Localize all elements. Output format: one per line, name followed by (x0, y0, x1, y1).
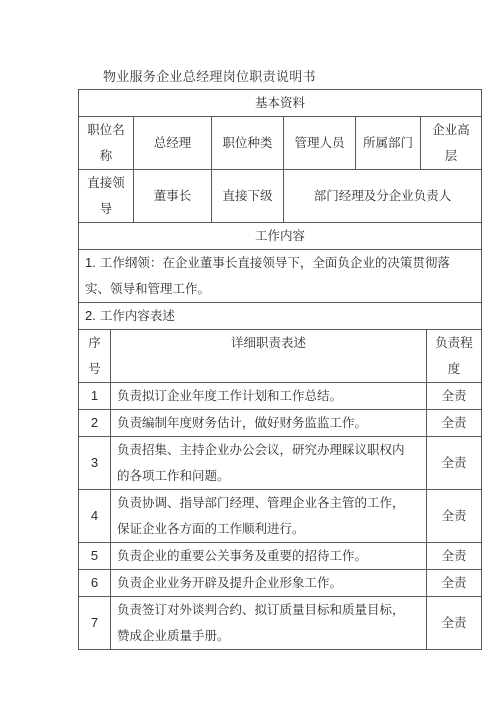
position-type-value: 管理人员 (284, 117, 356, 170)
seq-cell: 4 (79, 490, 111, 543)
responsibility-header: 负责程 度 (427, 330, 482, 383)
position-type-label: 职位种类 (212, 117, 284, 170)
document-title: 物业服务企业总经理岗位职责说明书 (103, 66, 316, 85)
position-name-label: 职位名 称 (79, 117, 134, 170)
seq-cell: 7 (79, 597, 111, 650)
detail-header: 详细职责表述 (111, 330, 427, 383)
table-row: 3 负责招集、主持企业办公会议，研究办理睬议职权内 的各项工作和问题。 全责 (79, 437, 482, 490)
responsibility-cell: 全责 (427, 383, 482, 410)
direct-subordinate-value: 部门经理及分企业负责人 (284, 170, 482, 223)
responsibility-cell: 全责 (427, 570, 482, 597)
responsibility-cell: 全责 (427, 437, 482, 490)
table-row: 4 负责协调、指导部门经理、管理企业各主管的工作， 保证企业各方面的工作顺利进行… (79, 490, 482, 543)
direct-leader-value: 董事长 (134, 170, 212, 223)
duty-cell: 负责招集、主持企业办公会议，研究办理睬议职权内 的各项工作和问题。 (111, 437, 427, 490)
duties-header-row: 序 号 详细职责表述 负责程 度 (79, 330, 482, 383)
table-row: 5 负责企业的重要公关事务及重要的招待工作。 全责 (79, 543, 482, 570)
seq-cell: 5 (79, 543, 111, 570)
direct-subordinate-label: 直接下级 (212, 170, 284, 223)
position-name-value: 总经理 (134, 117, 212, 170)
work-content-header: 工作内容 (79, 223, 482, 250)
duty-cell: 负责签订对外谈判合约、拟订质量目标和质量目标， 赞成企业质量手册。 (111, 597, 427, 650)
work-description-heading: 2. 工作内容表述 (79, 303, 482, 330)
work-outline: 1. 工作纲领：在企业董事长直接领导下，全面负企业的决策贯彻落 实、领导和管理工… (79, 250, 482, 303)
basic-info-header: 基本资料 (79, 90, 482, 117)
responsibility-cell: 全责 (427, 410, 482, 437)
table-row: 2 负责编制年度财务估计，做好财务监监工作。 全责 (79, 410, 482, 437)
duty-cell: 负责企业的重要公关事务及重要的招待工作。 (111, 543, 427, 570)
seq-cell: 6 (79, 570, 111, 597)
table-row: 1 负责拟订企业年度工作计划和工作总结。 全责 (79, 383, 482, 410)
seq-cell: 2 (79, 410, 111, 437)
table-row: 7 负责签订对外谈判合约、拟订质量目标和质量目标， 赞成企业质量手册。 全责 (79, 597, 482, 650)
responsibility-cell: 全责 (427, 490, 482, 543)
duty-cell: 负责编制年度财务估计，做好财务监监工作。 (111, 410, 427, 437)
table-row: 6 负责企业业务开辟及提升企业形象工作。 全责 (79, 570, 482, 597)
duty-cell: 负责协调、指导部门经理、管理企业各主管的工作， 保证企业各方面的工作顺利进行。 (111, 490, 427, 543)
department-label: 所属部门 (356, 117, 421, 170)
direct-leader-label: 直接领 导 (79, 170, 134, 223)
duty-cell: 负责企业业务开辟及提升企业形象工作。 (111, 570, 427, 597)
seq-header: 序 号 (79, 330, 111, 383)
responsibility-cell: 全责 (427, 543, 482, 570)
seq-cell: 3 (79, 437, 111, 490)
job-description-table: 基本资料 职位名 称 总经理 职位种类 管理人员 所属部门 企业高 层 直接领 … (78, 89, 482, 650)
department-value: 企业高 层 (421, 117, 482, 170)
seq-cell: 1 (79, 383, 111, 410)
responsibility-cell: 全责 (427, 597, 482, 650)
duty-cell: 负责拟订企业年度工作计划和工作总结。 (111, 383, 427, 410)
